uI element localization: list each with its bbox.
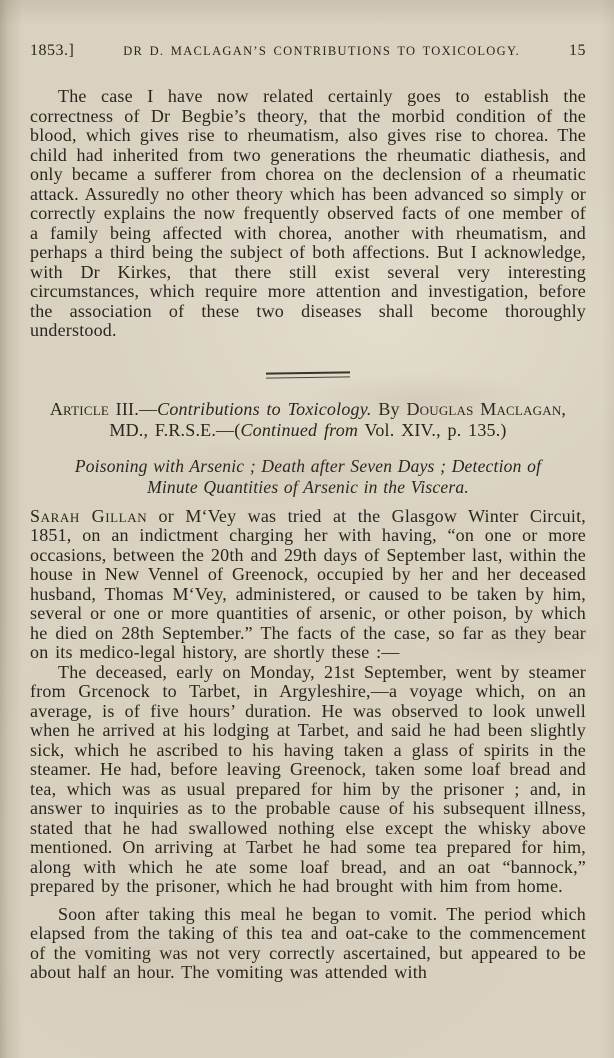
running-header: 1853.] DR D. MACLAGAN’S CONTRIBUTIONS TO… [30, 42, 586, 60]
article-number-label: Article III.— [50, 399, 157, 419]
paragraph-indictment-text: or M‘Vey was tried at the Glasgow Winter… [30, 506, 586, 663]
article-continued-ref: Vol. XIV., p. 135.) [358, 420, 507, 440]
paragraph-vomiting: Soon after taking this meal he began to … [30, 905, 586, 983]
article-continued-note: Continued from [240, 420, 358, 440]
section-divider-rule [266, 371, 350, 378]
scanned-journal-page: 1853.] DR D. MACLAGAN’S CONTRIBUTIONS TO… [0, 0, 614, 1058]
defendant-name-lead: Sarah Gillan [30, 506, 147, 526]
article-author: Douglas Maclagan [406, 399, 561, 419]
paragraph-voyage: The deceased, early on Monday, 21st Sept… [30, 663, 586, 897]
paragraph-chorea-conclusion: The case I have now related certainly go… [30, 87, 586, 341]
case-heading: Poisoning with Arsenic ; Death after Sev… [52, 456, 564, 498]
article-heading: Article III.—Contributions to Toxicology… [30, 399, 586, 441]
page-number: 15 [569, 42, 586, 60]
article-by: By [372, 399, 407, 419]
paragraph-indictment: Sarah Gillan or M‘Vey was tried at the G… [30, 507, 586, 663]
running-title: DR D. MACLAGAN’S CONTRIBUTIONS TO TOXICO… [123, 42, 520, 59]
header-year: 1853.] [30, 42, 74, 60]
article-title: Contributions to Toxicology. [157, 399, 371, 419]
